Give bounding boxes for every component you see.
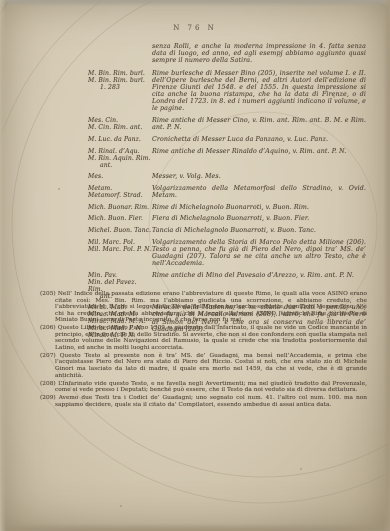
entry-abbr: M. Rinal. d’Aqu.M. Rin. Aquin. Rim.ant.: [88, 148, 152, 169]
footnote-text: Nell’ Indice della passata edizione eran…: [55, 291, 367, 323]
entry-row: Mil. Marc. Pol.Mil. Marc. Pol. P. N. Vol…: [88, 239, 366, 267]
footnote-number: (205): [40, 291, 56, 297]
entry-desc: Messer, v. Volg. Mes.: [152, 173, 366, 180]
paper-speck: [300, 468, 302, 470]
footnote-number: (209): [40, 395, 56, 401]
paper-speck: [333, 96, 335, 98]
entry-abbr: Mich. Buonar. Rim.: [88, 204, 152, 211]
scan-edge-shadow-bottom: [0, 523, 390, 531]
footnote-text: Questo Libro fu dettato l’anno 1309. e g…: [55, 325, 367, 351]
entry-desc: Rime antiche di Mino del Pavesaio d’Arez…: [152, 272, 366, 279]
footnote-number: (207): [40, 353, 56, 359]
entry-abbr-line: Mich. Buon. Fier.: [88, 215, 152, 222]
entry-abbr-line: M. Bin. Rim. burl.: [88, 70, 152, 77]
entry-abbr-line: Mil. Marc. Pol.: [88, 239, 152, 246]
footnote-text: L’Infarinato vide questo Testo, e ne fav…: [55, 381, 367, 394]
scan-edge-shadow-left: [0, 0, 6, 531]
entry-abbr-line: M. Bin. Rim. burl.: [88, 77, 152, 84]
entry-desc: Fiera di Michelagnolo Buonarroti, v. Buo…: [152, 215, 366, 222]
entry-row: M. Luc. da Panz. Cronichetta di Messer L…: [88, 136, 366, 143]
entry-abbr: Metam.Metamorf. Strad.: [88, 185, 152, 199]
footnote: (205) Nell’ Indice della passata edizion…: [40, 291, 367, 324]
entry-row: Michel. Buon. Tanc. Tancia di Michelagno…: [88, 227, 366, 234]
entry-abbr: M. Bin. Rim. burl.M. Bin. Rim. burl.1. 2…: [88, 70, 152, 91]
entry-desc: Volgarizzamento della Metamorfosi dello …: [152, 185, 366, 199]
footnote-number: (208): [40, 381, 56, 387]
entry-row: Metam.Metamorf. Strad. Volgarizzamento d…: [88, 185, 366, 199]
entry-abbr: Mich. Buon. Fier.: [88, 215, 152, 222]
intro-paragraph: senza Rolli, e anche la moderna impressi…: [152, 43, 366, 64]
paper-speck: [120, 505, 122, 507]
entry-abbr-line: Metamorf. Strad.: [88, 192, 152, 199]
entry-abbr-line: 1. 283: [88, 84, 152, 91]
entry-abbr-line: Michel. Buon. Tanc.: [88, 227, 152, 234]
entry-abbr-line: ant.: [88, 162, 152, 169]
entry-desc: Rime burlesche di Messer Bino (205), ins…: [152, 70, 366, 113]
entry-row: M. Bin. Rim. burl.M. Bin. Rim. burl.1. 2…: [88, 70, 366, 113]
footnotes-section: (205) Nell’ Indice della passata edizion…: [40, 291, 367, 410]
footnote: (207) Questo Testo al presente non è tra…: [40, 353, 367, 379]
paper-speck: [58, 188, 60, 190]
entry-row: Mes. Cin.M. Cin. Rim. ant. Rime antiche …: [88, 117, 366, 131]
entry-abbr: Mes.: [88, 173, 152, 180]
entry-abbr: Mes. Cin.M. Cin. Rim. ant.: [88, 117, 152, 131]
entry-abbr-line: Mes.: [88, 173, 152, 180]
entry-row: Mich. Buon. Fier. Fiera di Michelagnolo …: [88, 215, 366, 222]
entry-abbr-line: M. Luc. da Panz.: [88, 136, 152, 143]
entry-abbr-line: Mich. Buonar. Rim.: [88, 204, 152, 211]
footnote: (208) L’Infarinato vide questo Testo, e …: [40, 381, 367, 394]
entry-abbr-line: Mil. Marc. Pol. P. N.: [88, 246, 152, 253]
entry-row: Mes. Messer, v. Volg. Mes.: [88, 173, 366, 180]
entry-row: Mich. Buonar. Rim. Rime di Michelagnolo …: [88, 204, 366, 211]
entry-desc: Rime antiche di Messer Cino, v. Rim. ant…: [152, 117, 366, 131]
entry-abbr-line: Metam.: [88, 185, 152, 192]
footnote-text: Questo Testo al presente non è tra’ MS. …: [55, 353, 367, 379]
entry-desc: Rime antiche di Messer Rinaldo d’Aquino,…: [152, 148, 366, 155]
entry-abbr-line: Mes. Cin.: [88, 117, 152, 124]
entry-abbr-line: Min. Pav.: [88, 272, 152, 279]
footnote-number: (206): [40, 325, 56, 331]
entry-row: M. Rinal. d’Aqu.M. Rin. Aquin. Rim.ant. …: [88, 148, 366, 169]
footnote-text: Avemo due Testi tra i Codici de’ Guadagn…: [55, 395, 367, 408]
entry-abbr: Michel. Buon. Tanc.: [88, 227, 152, 234]
entry-abbr: Mil. Marc. Pol.Mil. Marc. Pol. P. N.: [88, 239, 152, 253]
scan-edge-shadow-top: [0, 0, 390, 7]
entry-desc: Tancia di Michelagnolo Buonarroti, v. Bu…: [152, 227, 366, 234]
entry-abbr-line: M. Cin. Rim. ant.: [88, 124, 152, 131]
entry-abbr: M. Luc. da Panz.: [88, 136, 152, 143]
entry-desc: Cronichetta di Messer Luca da Panzano, v…: [152, 136, 366, 143]
entry-desc: Rime di Michelagnolo Buonarroti, v. Buon…: [152, 204, 366, 211]
header-page-number: N 76 N: [0, 24, 390, 32]
entry-abbr-line: M. Rinal. d’Aqu.: [88, 148, 152, 155]
entry-desc: Volgarizzamento della Storia di Marco Po…: [152, 239, 366, 267]
footnote: (206) Questo Libro fu dettato l’anno 130…: [40, 325, 367, 351]
scanned-document-page: N 76 N senza Rolli, e anche la moderna i…: [0, 0, 390, 531]
entry-abbr-line: M. Rin. Aquin. Rim.: [88, 155, 152, 162]
scan-edge-shadow-right: [383, 0, 390, 531]
footnote: (209) Avemo due Testi tra i Codici de’ G…: [40, 395, 367, 408]
